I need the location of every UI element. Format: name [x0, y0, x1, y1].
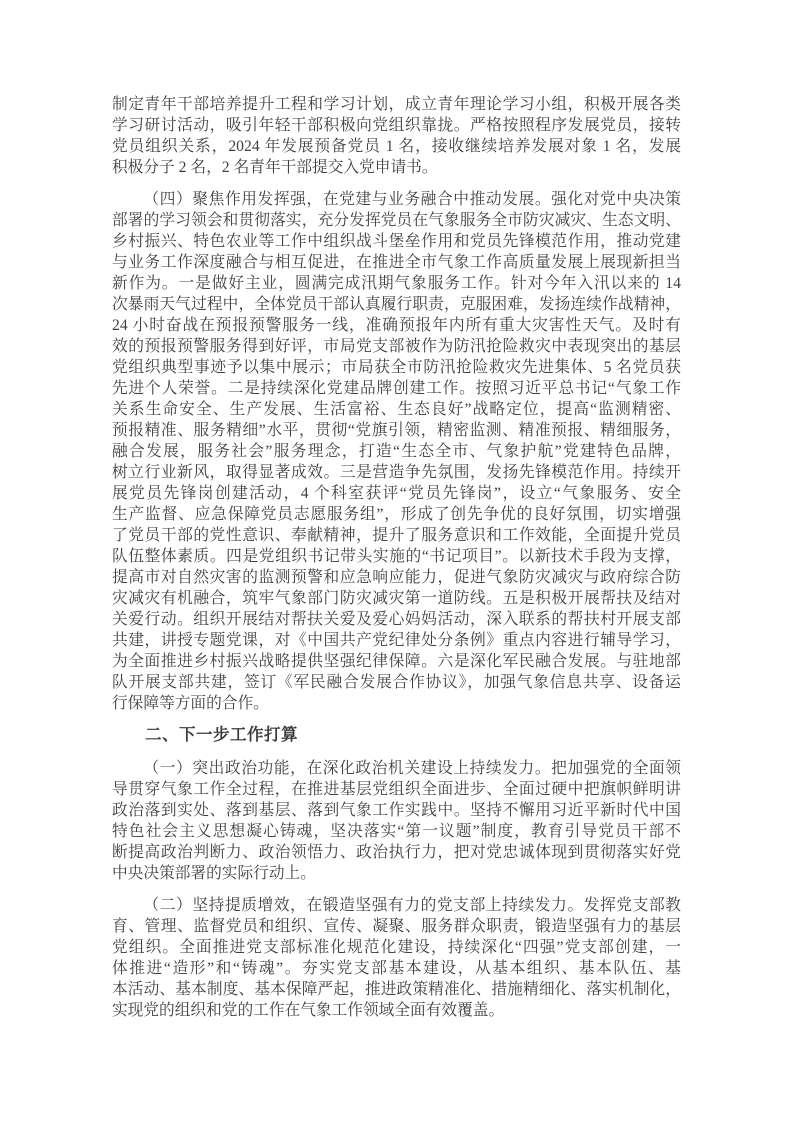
- text-line: 行保障等方面的合作。: [112, 693, 681, 714]
- text-line: 展党员先锋岗创建活动，4 个科室获评“党员先锋岗”，设立“气象服务、安全: [112, 483, 681, 504]
- text-line: 本活动、基本制度、基本保障严起，推进政策精准化、措施精细化、落实机制化，: [112, 979, 681, 1000]
- text-line: （一）突出政治功能，在深化政治机关建设上持续发力。把加强党的全面领: [112, 758, 681, 779]
- text-line: 为全面推进乡村振兴战略提供坚强纪律保障。六是深化军民融合发展。与驻地部: [112, 651, 681, 672]
- text-line: 政治落到实处、落到基层、落到气象工作实践中。坚持不懈用习近平新时代中国: [112, 800, 681, 821]
- text-line: （四）聚焦作用发挥强，在党建与业务融合中推动发展。强化对党中央决策: [112, 189, 681, 210]
- text-line: 融合发展，服务社会”服务理念，打造“生态全市、气象护航”党建特色品牌，: [112, 441, 681, 462]
- text-line: （二）坚持提质增效，在锻造坚强有力的党支部上持续发力。发挥党支部教: [112, 895, 681, 916]
- text-line: 先进个人荣誉。二是持续深化党建品牌创建工作。按照习近平总书记“气象工作: [112, 378, 681, 399]
- text-line: 效的预报预警服务得到好评，市局党支部被作为防汛抢险救灾中表现突出的基层: [112, 336, 681, 357]
- text-line: 共建，讲授专题党课，对《中国共产党纪律处分条例》重点内容进行辅导学习，: [112, 630, 681, 651]
- text-line: 学习研讨活动，吸引年轻干部积极向党组织靠拢。严格按照程序发展党员，接转: [112, 115, 681, 136]
- text-line: 队伍整体素质。四是党组织书记带头实施的“书记项目”。以新技术手段为支撑，: [112, 546, 681, 567]
- text-line: 预报精准、服务精细”水平，贯彻“党旗引领，精密监测、精准预报、精细服务，: [112, 420, 681, 441]
- text-line: 新作为。一是做好主业，圆满完成汛期气象服务工作。针对今年入汛以来的 14: [112, 273, 681, 294]
- text-line: 实现党的组织和党的工作在气象工作领域全面有效覆盖。: [112, 1000, 681, 1021]
- text-line: 与业务工作深度融合与相互促进，在推进全市气象工作高质量发展上展现新担当: [112, 252, 681, 273]
- text-line: 积极分子 2 名，2 名青年干部提交入党申请书。: [112, 157, 681, 178]
- text-line: 乡村振兴、特色农业等工作中组织战斗堡垒作用和党员先锋模范作用，推动党建: [112, 231, 681, 252]
- paragraph: （二）坚持提质增效，在锻造坚强有力的党支部上持续发力。发挥党支部教育、管理、监督…: [112, 895, 681, 1021]
- text-line: 育、管理、监督党员和组织、宣传、凝聚、服务群众职责，锻造坚强有力的基层: [112, 916, 681, 937]
- text-line: 了党员干部的党性意识、奉献精神，提升了服务意识和工作效能，全面提升党员: [112, 525, 681, 546]
- document-body: 制定青年干部培养提升工程和学习计划，成立青年理论学习小组，积极开展各类学习研讨活…: [112, 94, 681, 1032]
- document-page: 制定青年干部培养提升工程和学习计划，成立青年理论学习小组，积极开展各类学习研讨活…: [0, 0, 793, 1122]
- text-line: 关爱行动。组织开展结对帮扶关爱及爱心妈妈活动，深入联系的帮扶村开展支部: [112, 609, 681, 630]
- paragraph: 制定青年干部培养提升工程和学习计划，成立青年理论学习小组，积极开展各类学习研讨活…: [112, 94, 681, 178]
- text-line: 灾减灾有机融合，筑牢气象部门防灾减灾第一道防线。五是积极开展帮扶及结对: [112, 588, 681, 609]
- paragraph: （一）突出政治功能，在深化政治机关建设上持续发力。把加强党的全面领导贯穿气象工作…: [112, 758, 681, 884]
- text-line: 关系生命安全、生产发展、生活富裕、生态良好”战略定位，提高“监测精密、: [112, 399, 681, 420]
- text-line: 特色社会主义思想凝心铸魂，坚决落实“第一议题”制度，教育引导党员干部不: [112, 821, 681, 842]
- paragraph: （四）聚焦作用发挥强，在党建与业务融合中推动发展。强化对党中央决策部署的学习领会…: [112, 189, 681, 714]
- text-line: 断提高政治判断力、政治领悟力、政治执行力，把对党忠诚体现到贯彻落实好党: [112, 842, 681, 863]
- text-line: 提高市对自然灾害的监测预警和应急响应能力，促进气象防灾减灾与政府综合防: [112, 567, 681, 588]
- text-line: 24 小时奋战在预报预警服务一线，准确预报年内所有重大灾害性天气。及时有: [112, 315, 681, 336]
- text-line: 党员组织关系，2024 年发展预备党员 1 名，接收继续培养发展对象 1 名，发…: [112, 136, 681, 157]
- text-line: 中央决策部署的实际行动上。: [112, 863, 681, 884]
- text-line: 党组织。全面推进党支部标准化规范化建设，持续深化“四强”党支部创建，一: [112, 937, 681, 958]
- text-line: 次暴雨天气过程中，全体党员干部认真履行职责，克服困难，发扬连续作战精神，: [112, 294, 681, 315]
- text-line: 队开展支部共建，签订《军民融合发展合作协议》，加强气象信息共享、设备运: [112, 672, 681, 693]
- text-line: 二、下一步工作打算: [112, 725, 681, 746]
- text-line: 党组织典型事迹予以集中展示；市局获全市防汛抢险救灾先进集体、5 名党员获: [112, 357, 681, 378]
- text-line: 导贯穿气象工作全过程，在推进基层党组织全面进步、全面过硬中把旗帜鲜明讲: [112, 779, 681, 800]
- text-line: 制定青年干部培养提升工程和学习计划，成立青年理论学习小组，积极开展各类: [112, 94, 681, 115]
- text-line: 树立行业新风，取得显著成效。三是营造争先氛围，发扬先锋模范作用。持续开: [112, 462, 681, 483]
- text-line: 部署的学习领会和贯彻落实，充分发挥党员在气象服务全市防灾减灾、生态文明、: [112, 210, 681, 231]
- text-line: 体推进“造形”和“铸魂”。夯实党支部基本建设，从基本组织、基本队伍、基: [112, 958, 681, 979]
- section-heading: 二、下一步工作打算: [112, 725, 681, 746]
- text-line: 生产监督、应急保障党员志愿服务组”，形成了创先争优的良好氛围，切实增强: [112, 504, 681, 525]
